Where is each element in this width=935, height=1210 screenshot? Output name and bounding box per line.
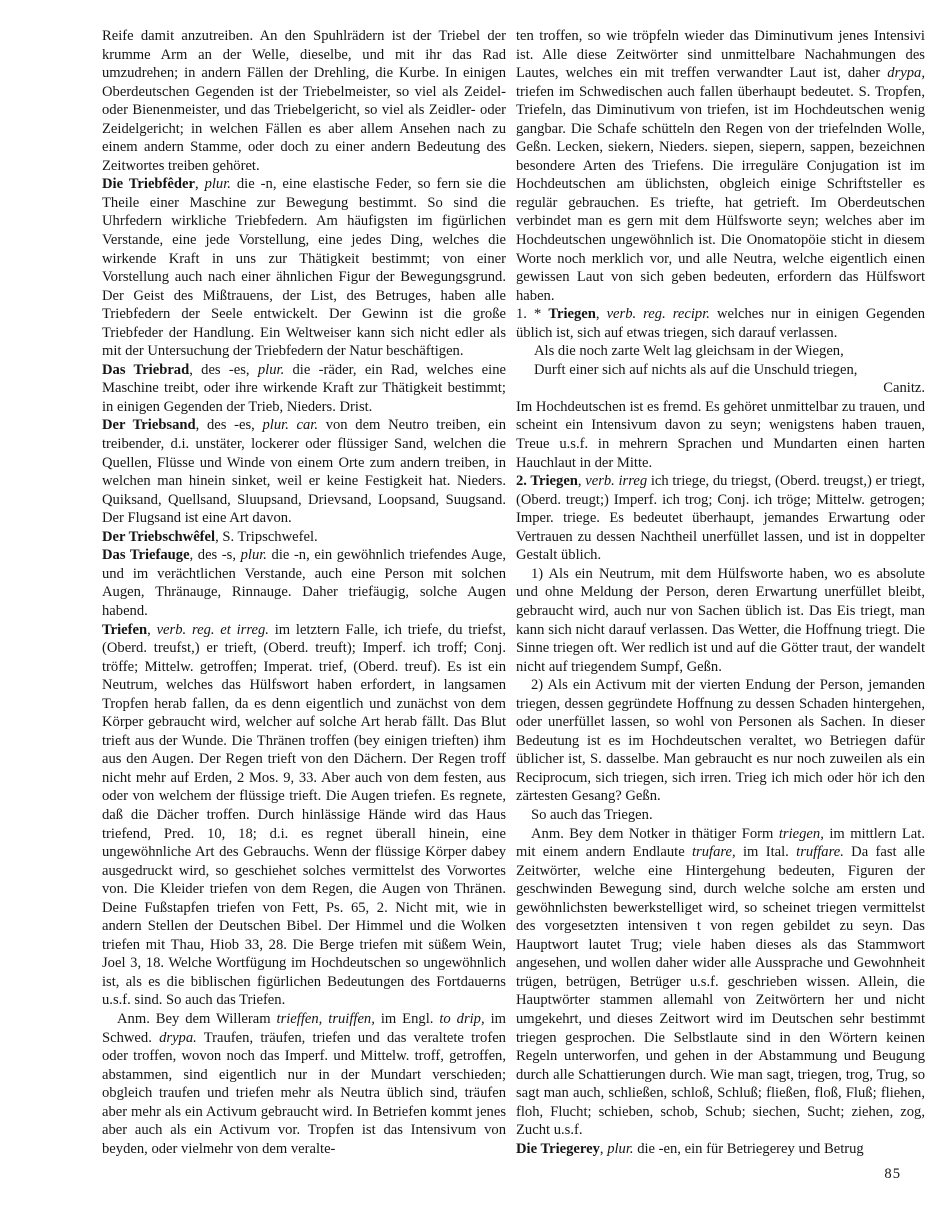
italic-text: plur.: [241, 547, 267, 563]
italic-text: verb. reg. recipr.: [607, 306, 710, 322]
entry-headword: Das Triebrad: [102, 362, 189, 378]
text-paragraph: ten troffen, so wie tröpfeln wieder das …: [516, 27, 925, 305]
body-text: Durft einer sich auf nichts als auf die …: [534, 362, 857, 378]
body-text: die -n, eine elastische Feder, so fern s…: [102, 176, 506, 359]
verse-line: Durft einer sich auf nichts als auf die …: [516, 361, 925, 380]
body-text: , des -es,: [189, 362, 258, 378]
body-text: ,: [147, 622, 156, 638]
verse-line: Als die noch zarte Welt lag gleichsam in…: [516, 342, 925, 361]
page-number: 85: [884, 1166, 901, 1183]
body-text: So auch das Triegen.: [531, 807, 653, 823]
entry-headword: 2. Triegen: [516, 473, 578, 489]
dictionary-entry: Triefen, verb. reg. et irreg. im letzter…: [102, 621, 506, 1010]
body-text: Traufen, träufen, triefen und das veralt…: [102, 1030, 506, 1157]
body-text: 1) Als ein Neutrum, mit dem Hülfsworte h…: [516, 566, 925, 675]
body-text: Im Hochdeutschen ist es fremd. Es gehöre…: [516, 399, 925, 471]
text-paragraph: 2) Als ein Activum mit der vierten Endun…: [516, 676, 925, 806]
entry-headword: Die Triebfêder: [102, 176, 195, 192]
body-text: im letztern Falle, ich triefe, du triefs…: [102, 622, 506, 1009]
body-text: , des -es,: [196, 417, 263, 433]
body-text: Da fast alle Zeitwörter, welche eine Hin…: [516, 844, 925, 1138]
italic-text: plur. car.: [262, 417, 318, 433]
body-text: Als die noch zarte Welt lag gleichsam in…: [534, 343, 844, 359]
italic-text: plur.: [607, 1141, 633, 1157]
body-text: , S. Tripschwefel.: [215, 529, 318, 545]
body-text: von dem Neutro treiben, ein treibender, …: [102, 417, 506, 526]
entry-headword: Der Triebsand: [102, 417, 196, 433]
italic-text: plur.: [205, 176, 231, 192]
italic-text: triegen,: [779, 826, 824, 842]
entry-headword: Der Triebschwêfel: [102, 529, 215, 545]
dictionary-entry: Die Triebfêder, plur. die -n, eine elast…: [102, 175, 506, 360]
entry-headword: Triefen: [102, 622, 147, 638]
body-text: im Engl.: [375, 1011, 439, 1027]
dictionary-entry: Das Triefauge, des -s, plur. die -n, ein…: [102, 546, 506, 620]
italic-text: verb. irreg: [585, 473, 647, 489]
body-text: 1. *: [516, 306, 548, 322]
text-paragraph: Anm. Bey dem Willeram trieffen, truiffen…: [102, 1010, 506, 1158]
text-paragraph: Im Hochdeutschen ist es fremd. Es gehöre…: [516, 398, 925, 472]
right-text-column: ten troffen, so wie tröpfeln wieder das …: [516, 27, 925, 1158]
text-paragraph: Reife damit anzutreiben. An den Spuhlräd…: [102, 27, 506, 175]
text-paragraph: So auch das Triegen.: [516, 806, 925, 825]
left-text-column: Reife damit anzutreiben. An den Spuhlräd…: [102, 27, 506, 1158]
italic-text: verb. reg. et irreg.: [157, 622, 269, 638]
body-text: im Ital.: [736, 844, 796, 860]
body-text: ,: [195, 176, 205, 192]
italic-text: trieffen, truiffen,: [277, 1011, 375, 1027]
italic-text: plur.: [258, 362, 284, 378]
dictionary-entry: Der Triebschwêfel, S. Tripschwefel.: [102, 528, 506, 547]
body-text: Canitz.: [883, 380, 925, 396]
entry-headword: Triegen: [548, 306, 596, 322]
dictionary-entry: 1. * Triegen, verb. reg. recipr. welches…: [516, 305, 925, 342]
dictionary-entry: 2. Triegen, verb. irreg ich triege, du t…: [516, 472, 925, 565]
dictionary-page: { "page": { "number": "85", "background_…: [0, 0, 935, 1210]
italic-text: to drip,: [439, 1011, 484, 1027]
body-text: ten troffen, so wie tröpfeln wieder das …: [516, 28, 925, 81]
body-text: 2) Als ein Activum mit der vierten Endun…: [516, 677, 925, 804]
dictionary-entry: Das Triebrad, des -es, plur. die -räder,…: [102, 361, 506, 417]
body-text: Anm. Bey dem Willeram: [117, 1011, 277, 1027]
body-text: triefen im Schwedischen auch fallen über…: [516, 84, 925, 304]
italic-text: drypa.: [159, 1030, 197, 1046]
body-text: , des -s,: [190, 547, 241, 563]
body-text: ,: [596, 306, 607, 322]
entry-headword: Die Triegerey: [516, 1141, 600, 1157]
entry-headword: Das Triefauge: [102, 547, 190, 563]
body-text: die -en, ein für Betriegerey und Betrug: [634, 1141, 864, 1157]
text-paragraph: Anm. Bey dem Notker in thätiger Form tri…: [516, 825, 925, 1140]
text-paragraph: 1) Als ein Neutrum, mit dem Hülfsworte h…: [516, 565, 925, 676]
body-text: Anm. Bey dem Notker in thätiger Form: [531, 826, 779, 842]
italic-text: truffare.: [796, 844, 844, 860]
dictionary-entry: Die Triegerey, plur. die -en, ein für Be…: [516, 1140, 925, 1159]
body-text: Reife damit anzutreiben. An den Spuhlräd…: [102, 28, 506, 174]
dictionary-entry: Der Triebsand, des -es, plur. car. von d…: [102, 416, 506, 527]
verse-attribution: Canitz.: [516, 379, 925, 398]
italic-text: drypa,: [887, 65, 925, 81]
italic-text: trufare,: [692, 844, 736, 860]
